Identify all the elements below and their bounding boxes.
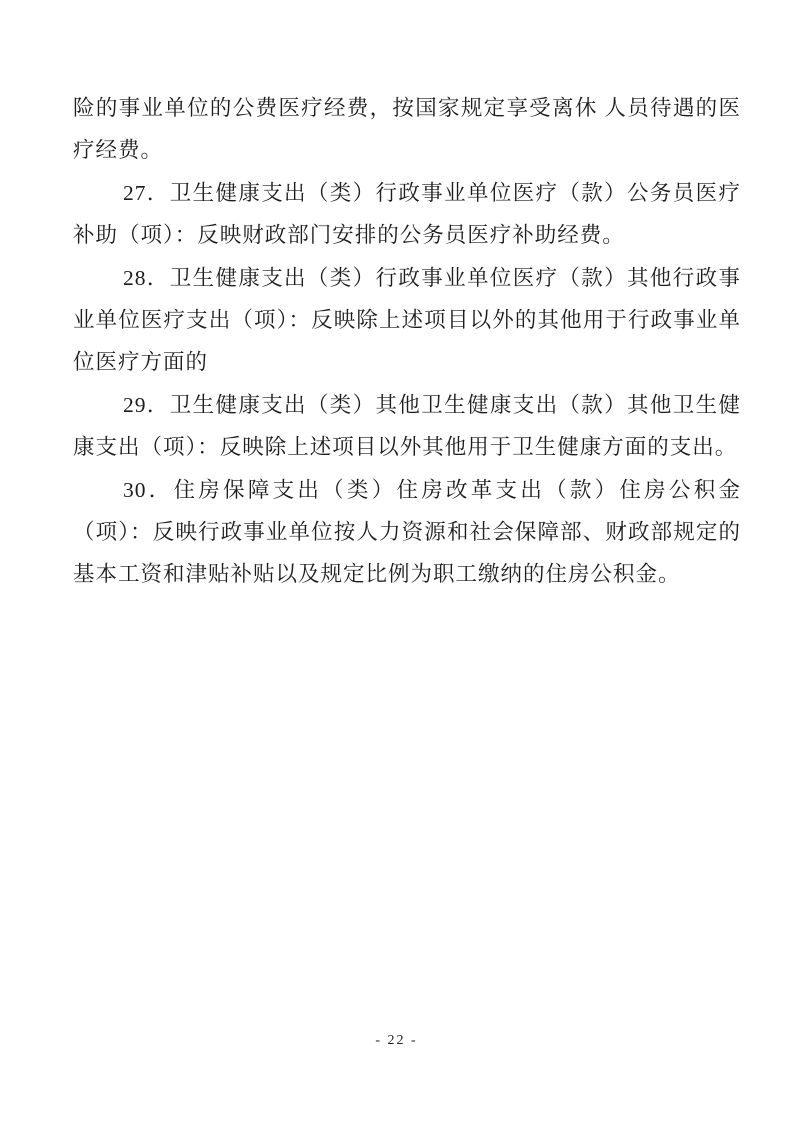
body-paragraph-continuation: 险的事业单位的公费医疗经费，按国家规定享受离休 人员待遇的医疗经费。 xyxy=(73,87,741,172)
body-paragraph-item-28: 28．卫生健康支出（类）行政事业单位医疗（款）其他行政事业单位医疗支出（项）：反… xyxy=(73,257,741,384)
body-paragraph-item-30: 30．住房保障支出（类）住房改革支出（款）住房公积金（项）：反映行政事业单位按人… xyxy=(73,469,741,596)
page-number: - 22 - xyxy=(0,1033,793,1049)
document-page: 险的事业单位的公费医疗经费，按国家规定享受离休 人员待遇的医疗经费。 27．卫生… xyxy=(0,0,793,1122)
body-paragraph-item-27: 27．卫生健康支出（类）行政事业单位医疗（款）公务员医疗补助（项）：反映财政部门… xyxy=(73,172,741,257)
body-paragraph-item-29: 29．卫生健康支出（类）其他卫生健康支出（款）其他卫生健康支出（项）：反映除上述… xyxy=(73,384,741,469)
document-body: 险的事业单位的公费医疗经费，按国家规定享受离休 人员待遇的医疗经费。 27．卫生… xyxy=(73,87,741,596)
